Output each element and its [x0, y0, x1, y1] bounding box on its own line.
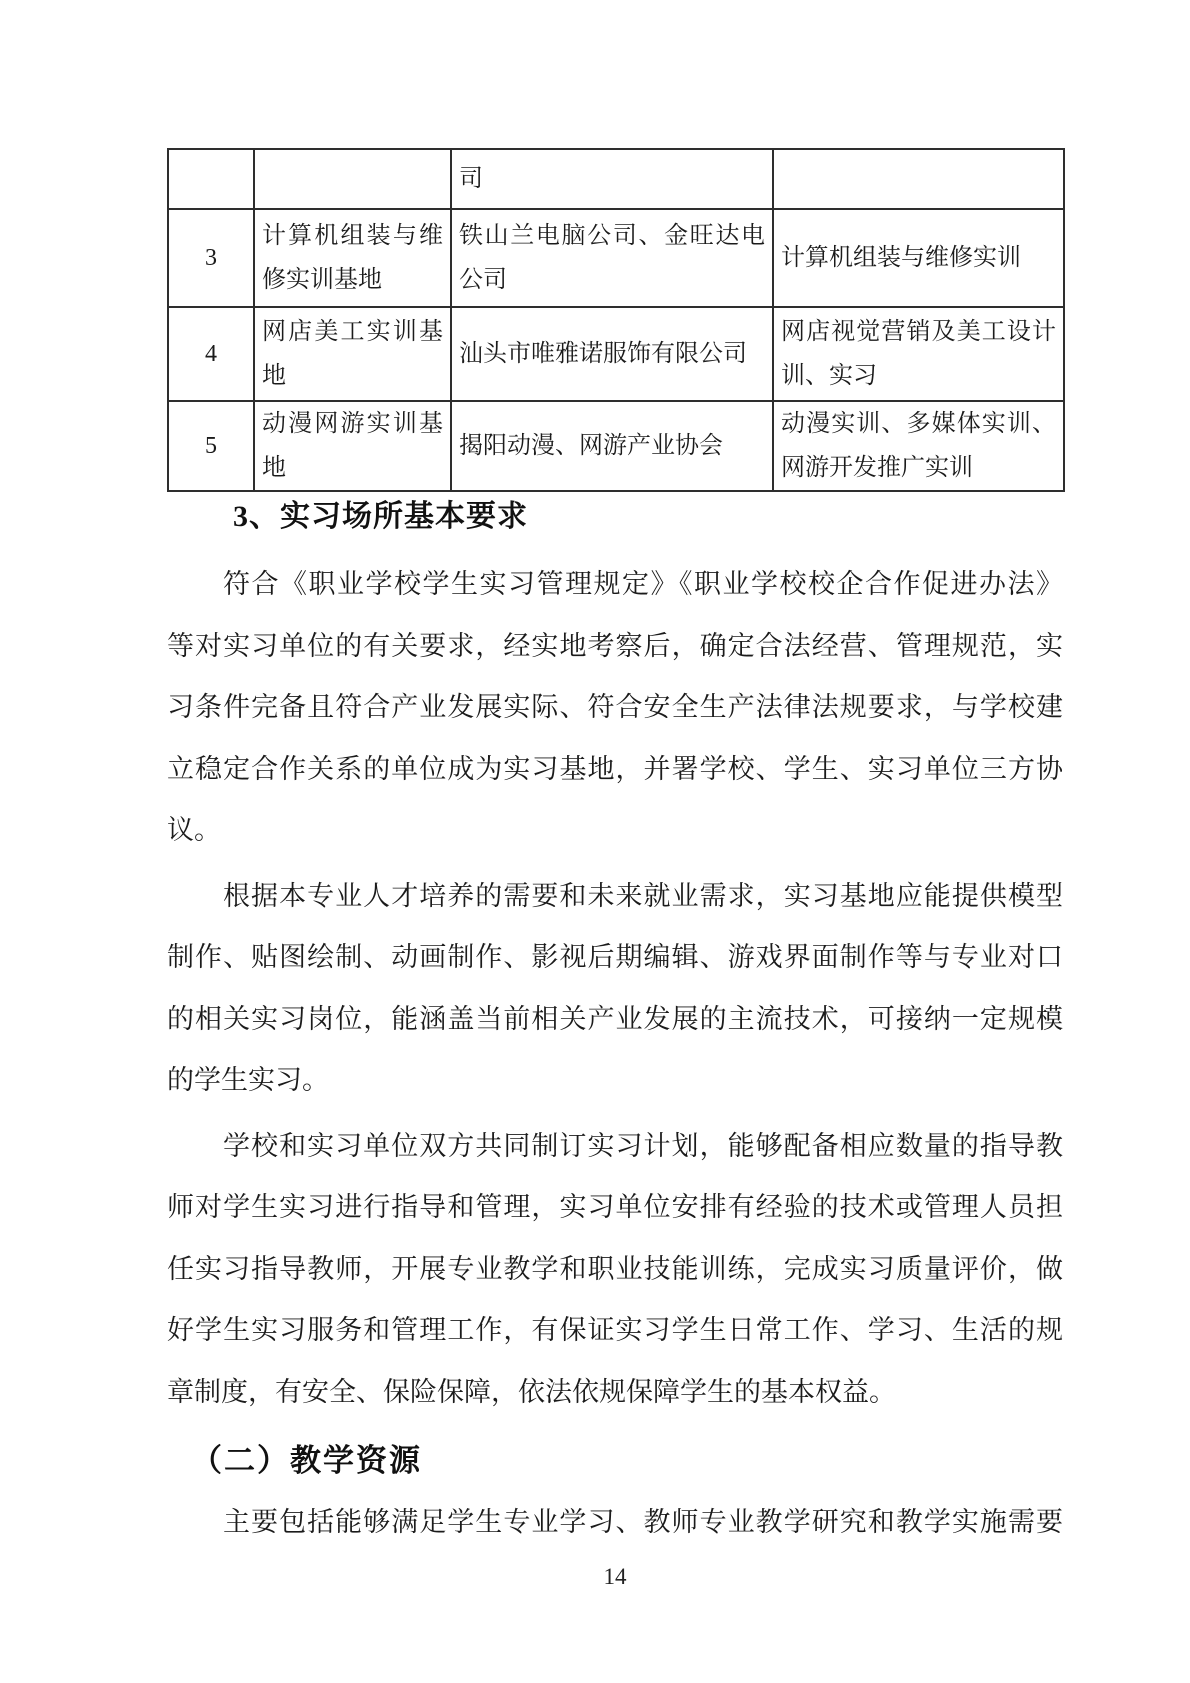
table-cell-training-content: 动漫实训、多媒体实训、网游开发推广实训	[773, 401, 1064, 491]
table-cell-training-content: 网店视觉营销及美工设计实训、实习	[773, 307, 1064, 401]
table-cell-line: 地	[262, 354, 443, 398]
paragraph-line: 等对实习单位的有关要求，经实地考察后，确定合法经营、管理规范，实	[167, 616, 1063, 678]
table-cell-index: 3	[168, 209, 254, 307]
table-cell-line: 公司	[459, 258, 765, 302]
paragraph: 根据本专业人才培养的需要和未来就业需求，实习基地应能提供模型制作、贴图绘制、动画…	[167, 866, 1063, 1112]
paragraph-line: 符合《职业学校学生实习管理规定》《职业学校校企合作促进办法》	[167, 554, 1063, 616]
paragraph-line: 师对学生实习进行指导和管理，实习单位安排有经验的技术或管理人员担	[167, 1177, 1063, 1239]
training-base-table: 司3计算机组装与维修实训基地铁山兰电脑公司、金旺达电脑公司计算机组装与维修实训4…	[167, 148, 1065, 492]
paragraph-line: 任实习指导教师，开展专业教学和职业技能训练，完成实习质量评价，做	[167, 1239, 1063, 1301]
paragraph-line: 主要包括能够满足学生专业学习、教师专业教学研究和教学实施需要	[167, 1492, 1063, 1554]
paragraph: 符合《职业学校学生实习管理规定》《职业学校校企合作促进办法》等对实习单位的有关要…	[167, 554, 1063, 862]
table-cell-line: 司	[459, 157, 765, 201]
table-cell-index: 4	[168, 307, 254, 401]
paragraph-line: 的相关实习岗位，能涵盖当前相关产业发展的主流技术，可接纳一定规模	[167, 989, 1063, 1051]
table-cell-line: 计算机组装与维修实训	[781, 236, 1056, 280]
table-cell-line: 动漫实训、多媒体实训、	[781, 402, 1056, 446]
table-row: 司	[168, 149, 1064, 209]
paragraph-line: 学校和实习单位双方共同制订实习计划，能够配备相应数量的指导教	[167, 1116, 1063, 1178]
paragraph-line: 制作、贴图绘制、动画制作、影视后期编辑、游戏界面制作等与专业对口	[167, 927, 1063, 989]
paragraph-line: 习条件完备且符合产业发展实际、符合安全生产法律法规要求，与学校建	[167, 677, 1063, 739]
table-cell-line: 修实训基地	[262, 258, 443, 302]
table-cell-base-name: 计算机组装与维修实训基地	[254, 209, 451, 307]
table-cell-line: 动漫网游实训基	[262, 402, 443, 446]
document-page: 司3计算机组装与维修实训基地铁山兰电脑公司、金旺达电脑公司计算机组装与维修实训4…	[0, 0, 1190, 1683]
table-cell-line: 铁山兰电脑公司、金旺达电脑	[459, 214, 765, 258]
paragraph-line: 的学生实习。	[167, 1050, 1063, 1112]
table-cell-line: 计算机组装与维	[262, 214, 443, 258]
paragraph: 主要包括能够满足学生专业学习、教师专业教学研究和教学实施需要	[167, 1492, 1063, 1554]
table-cell-index: 5	[168, 401, 254, 491]
table-cell-company: 揭阳动漫、网游产业协会	[451, 401, 773, 491]
table-row: 5动漫网游实训基地揭阳动漫、网游产业协会动漫实训、多媒体实训、网游开发推广实训	[168, 401, 1064, 491]
training-base-table-body: 司3计算机组装与维修实训基地铁山兰电脑公司、金旺达电脑公司计算机组装与维修实训4…	[168, 149, 1064, 491]
table-cell-company: 司	[451, 149, 773, 209]
page-number: 14	[167, 1562, 1063, 1592]
table-cell-company: 铁山兰电脑公司、金旺达电脑公司	[451, 209, 773, 307]
paragraph-line: 章制度，有安全、保险保障，依法依规保障学生的基本权益。	[167, 1362, 1063, 1424]
table-row: 3计算机组装与维修实训基地铁山兰电脑公司、金旺达电脑公司计算机组装与维修实训	[168, 209, 1064, 307]
heading-teaching-resources: （二）教学资源	[167, 1430, 1063, 1492]
paragraph-line: 立稳定合作关系的单位成为实习基地，并署学校、学生、实习单位三方协	[167, 739, 1063, 801]
table-cell-line: 网店视觉营销及美工设计实	[781, 310, 1056, 354]
table-row: 4网店美工实训基地汕头市唯雅诺服饰有限公司网店视觉营销及美工设计实训、实习	[168, 307, 1064, 401]
table-cell-line: 训、实习	[781, 354, 1056, 398]
table-cell-base-name: 动漫网游实训基地	[254, 401, 451, 491]
table-cell-training-content: 计算机组装与维修实训	[773, 209, 1064, 307]
table-cell-training-content	[773, 149, 1064, 209]
paragraph: 学校和实习单位双方共同制订实习计划，能够配备相应数量的指导教师对学生实习进行指导…	[167, 1116, 1063, 1424]
page-content: 司3计算机组装与维修实训基地铁山兰电脑公司、金旺达电脑公司计算机组装与维修实训4…	[167, 148, 1063, 1592]
table-cell-base-name	[254, 149, 451, 209]
table-cell-line: 网店美工实训基	[262, 310, 443, 354]
table-cell-index	[168, 149, 254, 209]
table-cell-company: 汕头市唯雅诺服饰有限公司	[451, 307, 773, 401]
paragraph-line: 议。	[167, 800, 1063, 862]
heading-practice-site-requirements: 3、实习场所基本要求	[167, 492, 1063, 542]
table-cell-line: 汕头市唯雅诺服饰有限公司	[459, 332, 765, 376]
table-cell-line: 揭阳动漫、网游产业协会	[459, 424, 765, 468]
paragraph-line: 根据本专业人才培养的需要和未来就业需求，实习基地应能提供模型	[167, 866, 1063, 928]
table-cell-base-name: 网店美工实训基地	[254, 307, 451, 401]
table-cell-line: 网游开发推广实训	[781, 446, 1056, 490]
table-cell-line: 地	[262, 446, 443, 490]
paragraph-line: 好学生实习服务和管理工作，有保证实习学生日常工作、学习、生活的规	[167, 1300, 1063, 1362]
